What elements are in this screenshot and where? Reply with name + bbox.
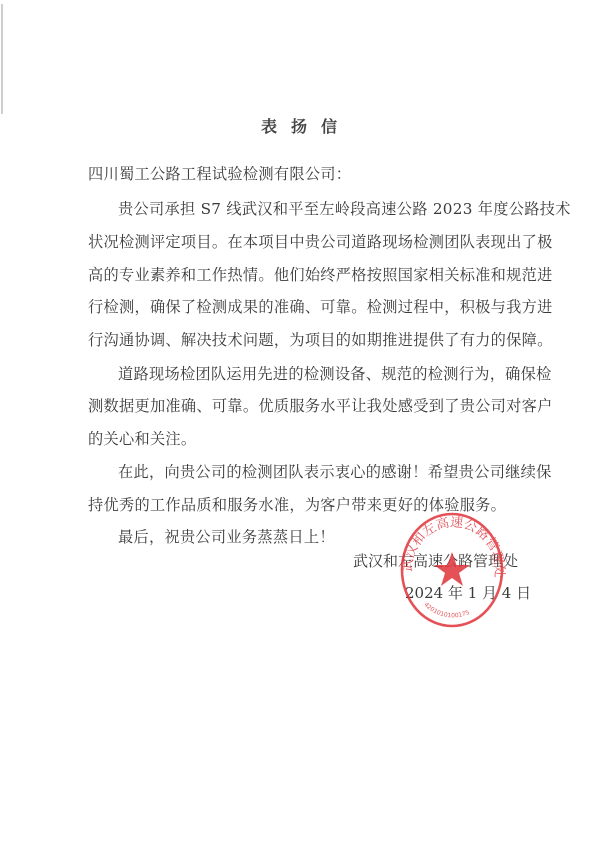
paragraph-2-line-2: 测数据更加准确、可靠。优质服务水平让我处感受到了贵公司对客户	[88, 395, 553, 416]
salutation: 四川蜀工公路工程试验检测有限公司：	[88, 163, 351, 184]
paragraph-4-line-1: 最后，祝贵公司业务蒸蒸日上！	[118, 526, 335, 547]
paragraph-1-line-4: 行检测，确保了检测成果的准确、可靠。检测过程中，积极与我方进	[88, 296, 553, 317]
page-edge-shadow	[1, 4, 3, 114]
letter-title: 表扬信	[0, 114, 612, 137]
seal-star-icon	[434, 552, 470, 586]
official-seal-stamp: 武汉和左高速公路管理处 4201010100175	[398, 508, 506, 630]
paragraph-2-line-1: 道路现场检团队运用先进的检测设备、规范的检测行为，确保检	[118, 363, 552, 384]
paragraph-1-line-3: 高的专业素养和工作热情。他们始终严格按照国家相关标准和规范进	[88, 264, 553, 285]
paragraph-2-line-3: 的关心和关注。	[88, 428, 196, 449]
paragraph-3-line-1: 在此，向贵公司的检测团队表示衷心的感谢！希望贵公司继续保	[118, 461, 552, 482]
paragraph-1-line-5: 行沟通协调、解决技术问题，为项目的如期推进提供了有力的保障。	[88, 329, 553, 350]
paragraph-1-line-2: 状况检测评定项目。在本项目中贵公司道路现场检测团队表现出了极	[88, 231, 553, 252]
seal-number: 4201010100175	[422, 601, 470, 619]
paragraph-1-line-1: 贵公司承担 S7 线武汉和平至左岭段高速公路 2023 年度公路技术	[118, 198, 571, 219]
